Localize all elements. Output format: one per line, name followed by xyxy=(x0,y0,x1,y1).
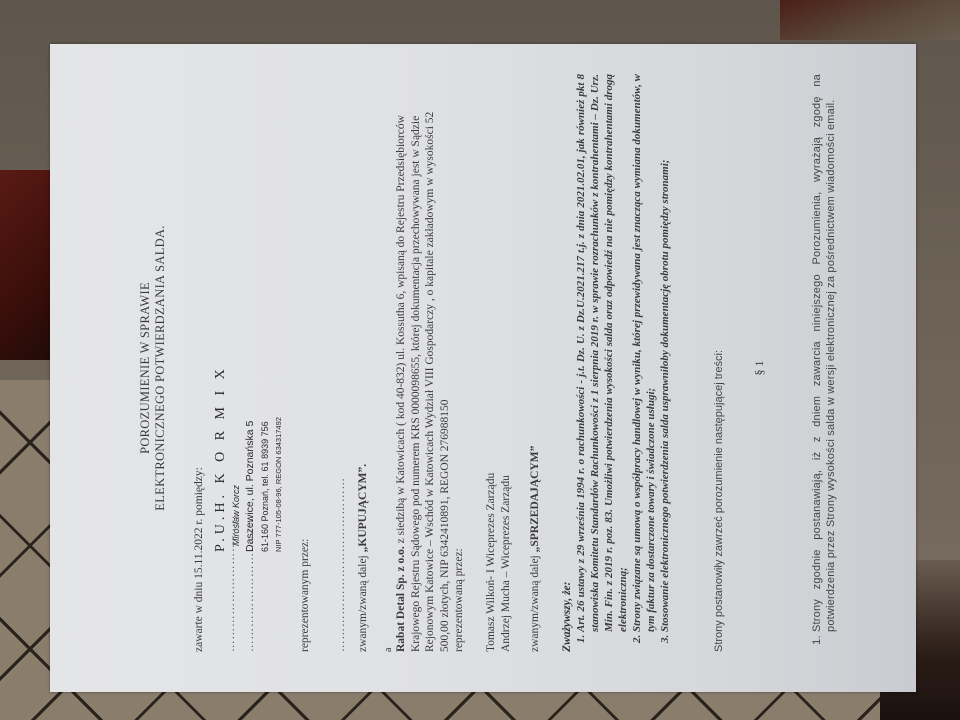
seller-representatives: Tomasz Wilkoń- I Wiceprezes Zarządu Andr… xyxy=(484,44,513,692)
paper-sheet: POROZUMIENIE W SPRAWIE ELEKTRONICZNEGO P… xyxy=(50,44,916,692)
stamp-address: Daszewice, ul. Poznańska 5 xyxy=(243,365,258,552)
whereas-label: Zważywszy, że: xyxy=(560,44,575,692)
company-stamp: P.U.H. K O R M I X Mirosław Korcz Daszew… xyxy=(214,365,287,552)
stamp-owner: Mirosław Korcz xyxy=(229,365,244,546)
section-heading: § 1 xyxy=(752,44,767,692)
term-1: Strony zgodnie postanawiają, iż z dniem … xyxy=(810,74,838,632)
background-top-right xyxy=(780,0,960,40)
title-line-1: POROZUMIENIE W SPRAWIE xyxy=(138,44,153,692)
buyer-represented-dots: …………………………………… xyxy=(334,44,349,692)
document-title: POROZUMIENIE W SPRAWIE ELEKTRONICZNEGO P… xyxy=(138,44,168,692)
seller-called-prefix: zwanym/zwaną dalej xyxy=(529,552,541,652)
seller-name: Rabat Detal Sp. z o.o. xyxy=(395,546,407,652)
parties-decided: Strony postanowiły zawrzeć porozumienie … xyxy=(712,44,727,692)
buyer-role: „KUPUJĄCYM”. xyxy=(357,464,369,552)
buyer-called-prefix: zwanym/zwaną dalej xyxy=(357,552,369,652)
stamp-ids: NIP 777-105-08-96, REGON 634317492 xyxy=(272,365,287,552)
stamp-company-name: P.U.H. K O R M I X xyxy=(214,365,229,552)
seller-called: zwanym/zwaną dalej „SPRZEDAJĄCYM” xyxy=(528,44,543,692)
seller-represented-label: reprezentowaną przez: xyxy=(452,84,467,652)
background-floor-tiles-bottom xyxy=(0,690,960,720)
buyer-block: …………………………… …………………………… P.U.H. K O R M I… xyxy=(214,44,289,692)
stamp-city-phone: 61-160 Poznań, tel. 61 8939 756 xyxy=(258,365,273,552)
buyer-represented-label: reprezentowanym przez: xyxy=(298,44,313,692)
seller-role: „SPRZEDAJĄCYM” xyxy=(529,446,541,553)
whereas-item-2: Strony związane są umową o współpracy ha… xyxy=(630,74,658,632)
seller-description: Rabat Detal Sp. z o.o. z siedzibą w Kato… xyxy=(394,44,467,692)
buyer-called: zwanym/zwaną dalej „KUPUJĄCYM”. xyxy=(356,44,371,692)
terms-list: Strony zgodnie postanawiają, iż z dniem … xyxy=(810,44,838,692)
whereas-list: Art. 26 ustawy z 29 września 1994 r. o r… xyxy=(574,44,672,692)
title-line-2: ELEKTRONICZNEGO POTWIERDZANIA SALDA. xyxy=(153,44,168,692)
whereas-item-3: Stosowanie elektronicznego potwierdzenia… xyxy=(658,74,672,632)
document-page: POROZUMIENIE W SPRAWIE ELEKTRONICZNEGO P… xyxy=(50,44,916,692)
concluded-date: zawarte w dniu 15.11.2022 r. pomiędzy: xyxy=(192,44,207,692)
representative-1: Tomasz Wilkoń- I Wiceprezes Zarządu xyxy=(484,84,499,652)
representative-2: Andrzej Mucha – Wiceprezes Zarządu xyxy=(499,84,514,652)
whereas-item-1: Art. 26 ustawy z 29 września 1994 r. o r… xyxy=(574,74,630,632)
